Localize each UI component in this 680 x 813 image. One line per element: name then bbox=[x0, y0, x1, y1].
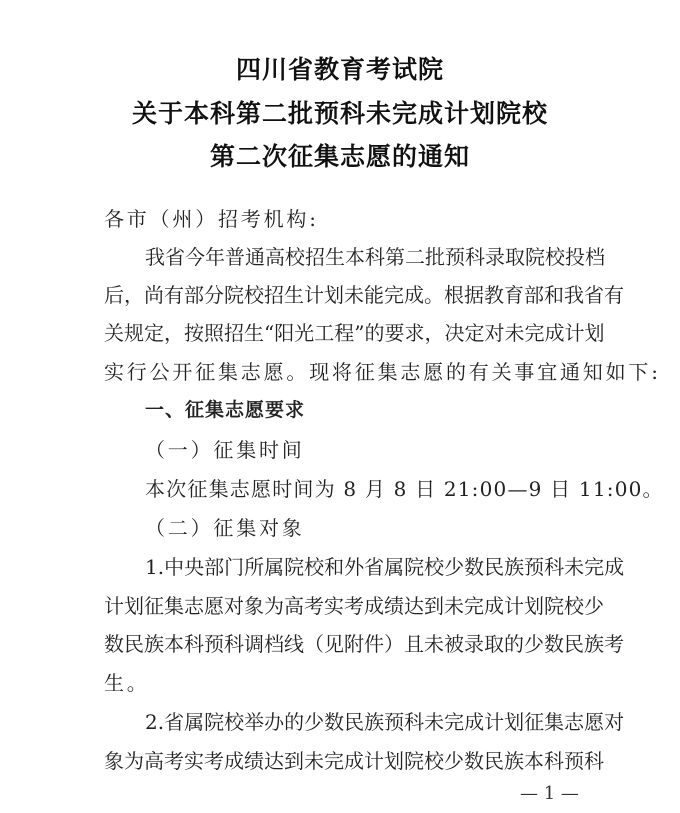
page-number: — 1 — bbox=[520, 783, 579, 804]
item2-line-1: 2.省属院校举办的少数民族预科未完成计划征集志愿对 bbox=[145, 706, 578, 735]
title-line-1: 四川省教育考试院 bbox=[0, 50, 680, 86]
intro-line-1: 我省今年普通高校招生本科第二批预科录取院校投档 bbox=[145, 241, 578, 270]
intro-line-2: 后，尚有部分院校招生计划未能完成。根据教育部和我省有 bbox=[104, 279, 578, 308]
item1-line-2: 计划征集志愿对象为高考实考成绩达到未完成计划院校少 bbox=[104, 590, 578, 619]
salutation: 各市（州）招考机构: bbox=[104, 203, 578, 232]
intro-line-3: 关规定，按照招生“阳光工程”的要求，决定对未完成计划 bbox=[104, 317, 578, 346]
sub-heading-target: （二）征集对象 bbox=[145, 512, 578, 541]
item1-line-4: 生。 bbox=[104, 667, 578, 696]
time-text: 本次征集志愿时间为 8 月 8 日 21:00—9 日 11:00。 bbox=[145, 473, 578, 502]
title-line-3: 第二次征集志愿的通知 bbox=[0, 137, 680, 173]
item2-line-2: 象为高考实考成绩达到未完成计划院校少数民族本科预科 bbox=[104, 745, 578, 774]
item1-line-3: 数民族本科预科调档线（见附件）且未被录取的少数民族考 bbox=[104, 628, 578, 657]
sub-heading-time: （一）征集时间 bbox=[145, 434, 578, 463]
item1-line-1: 1.中央部门所属院校和外省属院校少数民族预科未完成 bbox=[145, 551, 578, 580]
intro-line-4: 实行公开征集志愿。现将征集志愿的有关事宜通知如下: bbox=[104, 356, 578, 385]
title-line-2: 关于本科第二批预科未完成计划院校 bbox=[0, 94, 680, 130]
section-heading: 一、征集志愿要求 bbox=[145, 395, 578, 422]
